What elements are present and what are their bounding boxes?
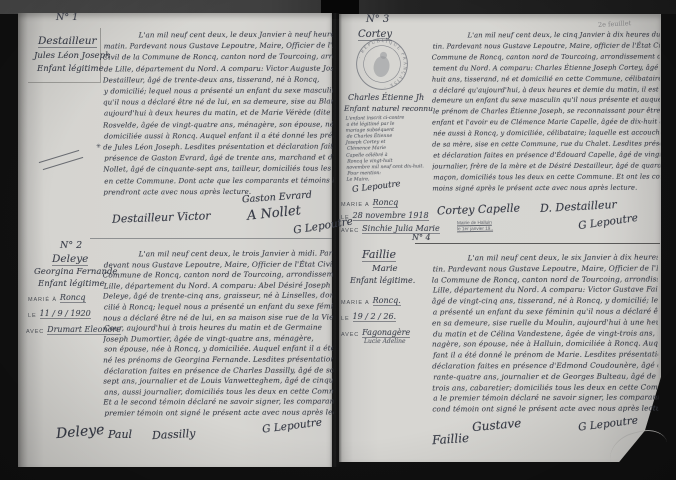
record-separator-left: [90, 238, 332, 239]
record4-signature-declarant: Faillie: [432, 431, 470, 448]
record3-marriage-stamp-date: LE 28 novembre 1918: [341, 211, 429, 221]
marie-a-stamp-label: MARIÉ À: [28, 297, 57, 303]
record2-marriage-stamp-date: LE 11 / 9 / 1920: [28, 309, 91, 319]
record-separator-right: [415, 243, 660, 244]
le-stamp-label: LE: [28, 313, 37, 319]
marriage-spouse-value: Fagonagère: [362, 328, 410, 338]
record2-name: Deleye: [52, 253, 88, 266]
le-stamp-label: LE: [341, 316, 350, 322]
record2-child-status: Enfant légitime: [38, 279, 105, 289]
record3-legitimation-note: L'enfant inscrit ci-contrea été légitimé…: [345, 115, 422, 183]
marie-a-stamp-label: MARIE A: [341, 300, 370, 306]
marriage-place-value: Roncq: [373, 198, 399, 208]
marriage-date-value: 11 / 9 / 1920: [40, 309, 91, 319]
record1-act-text: L'an mil neuf cent deux, le deux Janvier…: [103, 28, 334, 197]
record4-marriage-stamp-place: MARIE A Roncq.: [341, 296, 401, 306]
record1-child-status: Enfant légitime: [37, 64, 104, 74]
record2-act-text: L'an mil neuf cent deux, le trois Janvie…: [103, 248, 334, 419]
record4-child-status: Enfant légitime.: [350, 276, 415, 285]
record3-number: N° 3: [366, 14, 389, 25]
record4-marriage-stamp-spouse: AVEC Fagonagère: [341, 328, 410, 338]
record3-act-text: L'an mil neuf cent deux, le cinq Janvier…: [432, 30, 661, 195]
marriage-date-value: 19 / 2 / 26.: [353, 312, 397, 322]
record3-marriage-stamp-place: MARIE A Roncq: [341, 198, 398, 208]
register-scan: N° 1 Destailleur Jules Léon Joseph Enfan…: [0, 0, 676, 480]
record1-number: N° 1: [56, 12, 78, 23]
record3-halluin-stamp: Mairie de Halluin le 1er janvier 19..: [457, 220, 493, 233]
record1-given-names: Jules Léon Joseph: [34, 51, 111, 61]
record4-name: Faillie: [362, 248, 396, 262]
record4-marriage-stamp-date: LE 19 / 2 / 26.: [341, 312, 396, 322]
republique-francaise-seal: · RÉPUBLIQUE FRANÇAISE ·: [350, 32, 415, 97]
marriage-place-value: Roncq: [60, 293, 86, 303]
record4-spouse-second-line: Lucie Adeline: [364, 338, 406, 345]
halluin-stamp-line2: le 1er janvier 19..: [457, 226, 493, 233]
renvoi-mark: ✳: [96, 143, 101, 150]
record2-number: N° 2: [60, 240, 82, 251]
record2-signature-witness: Dassilly: [152, 427, 196, 442]
record3-child-status: Enfant naturel reconnu: [344, 104, 433, 113]
avec-stamp-label: AVEC: [26, 329, 44, 335]
record2-signature-declarant2: Paul: [108, 428, 132, 441]
marriage-date-value: 28 novembre 1918: [353, 211, 429, 221]
le-stamp-label: LE: [341, 215, 350, 221]
marie-a-stamp-label: MARIE A: [341, 202, 370, 208]
avec-stamp-label: AVEC: [341, 228, 359, 234]
record4-act-text: L'an mil neuf cent deux, le six Janvier …: [432, 253, 659, 416]
marriage-place-value: Roncq.: [373, 296, 401, 306]
record1-name: Destailleur: [38, 35, 97, 48]
avec-stamp-label: AVEC: [341, 332, 359, 338]
record4-number: N° 4: [412, 233, 431, 242]
record2-marriage-stamp-place: MARIÉ À Roncq: [28, 293, 86, 303]
record3-given-names: Charles Étienne Jh: [348, 93, 424, 102]
record4-given-names: Marie: [372, 264, 398, 274]
